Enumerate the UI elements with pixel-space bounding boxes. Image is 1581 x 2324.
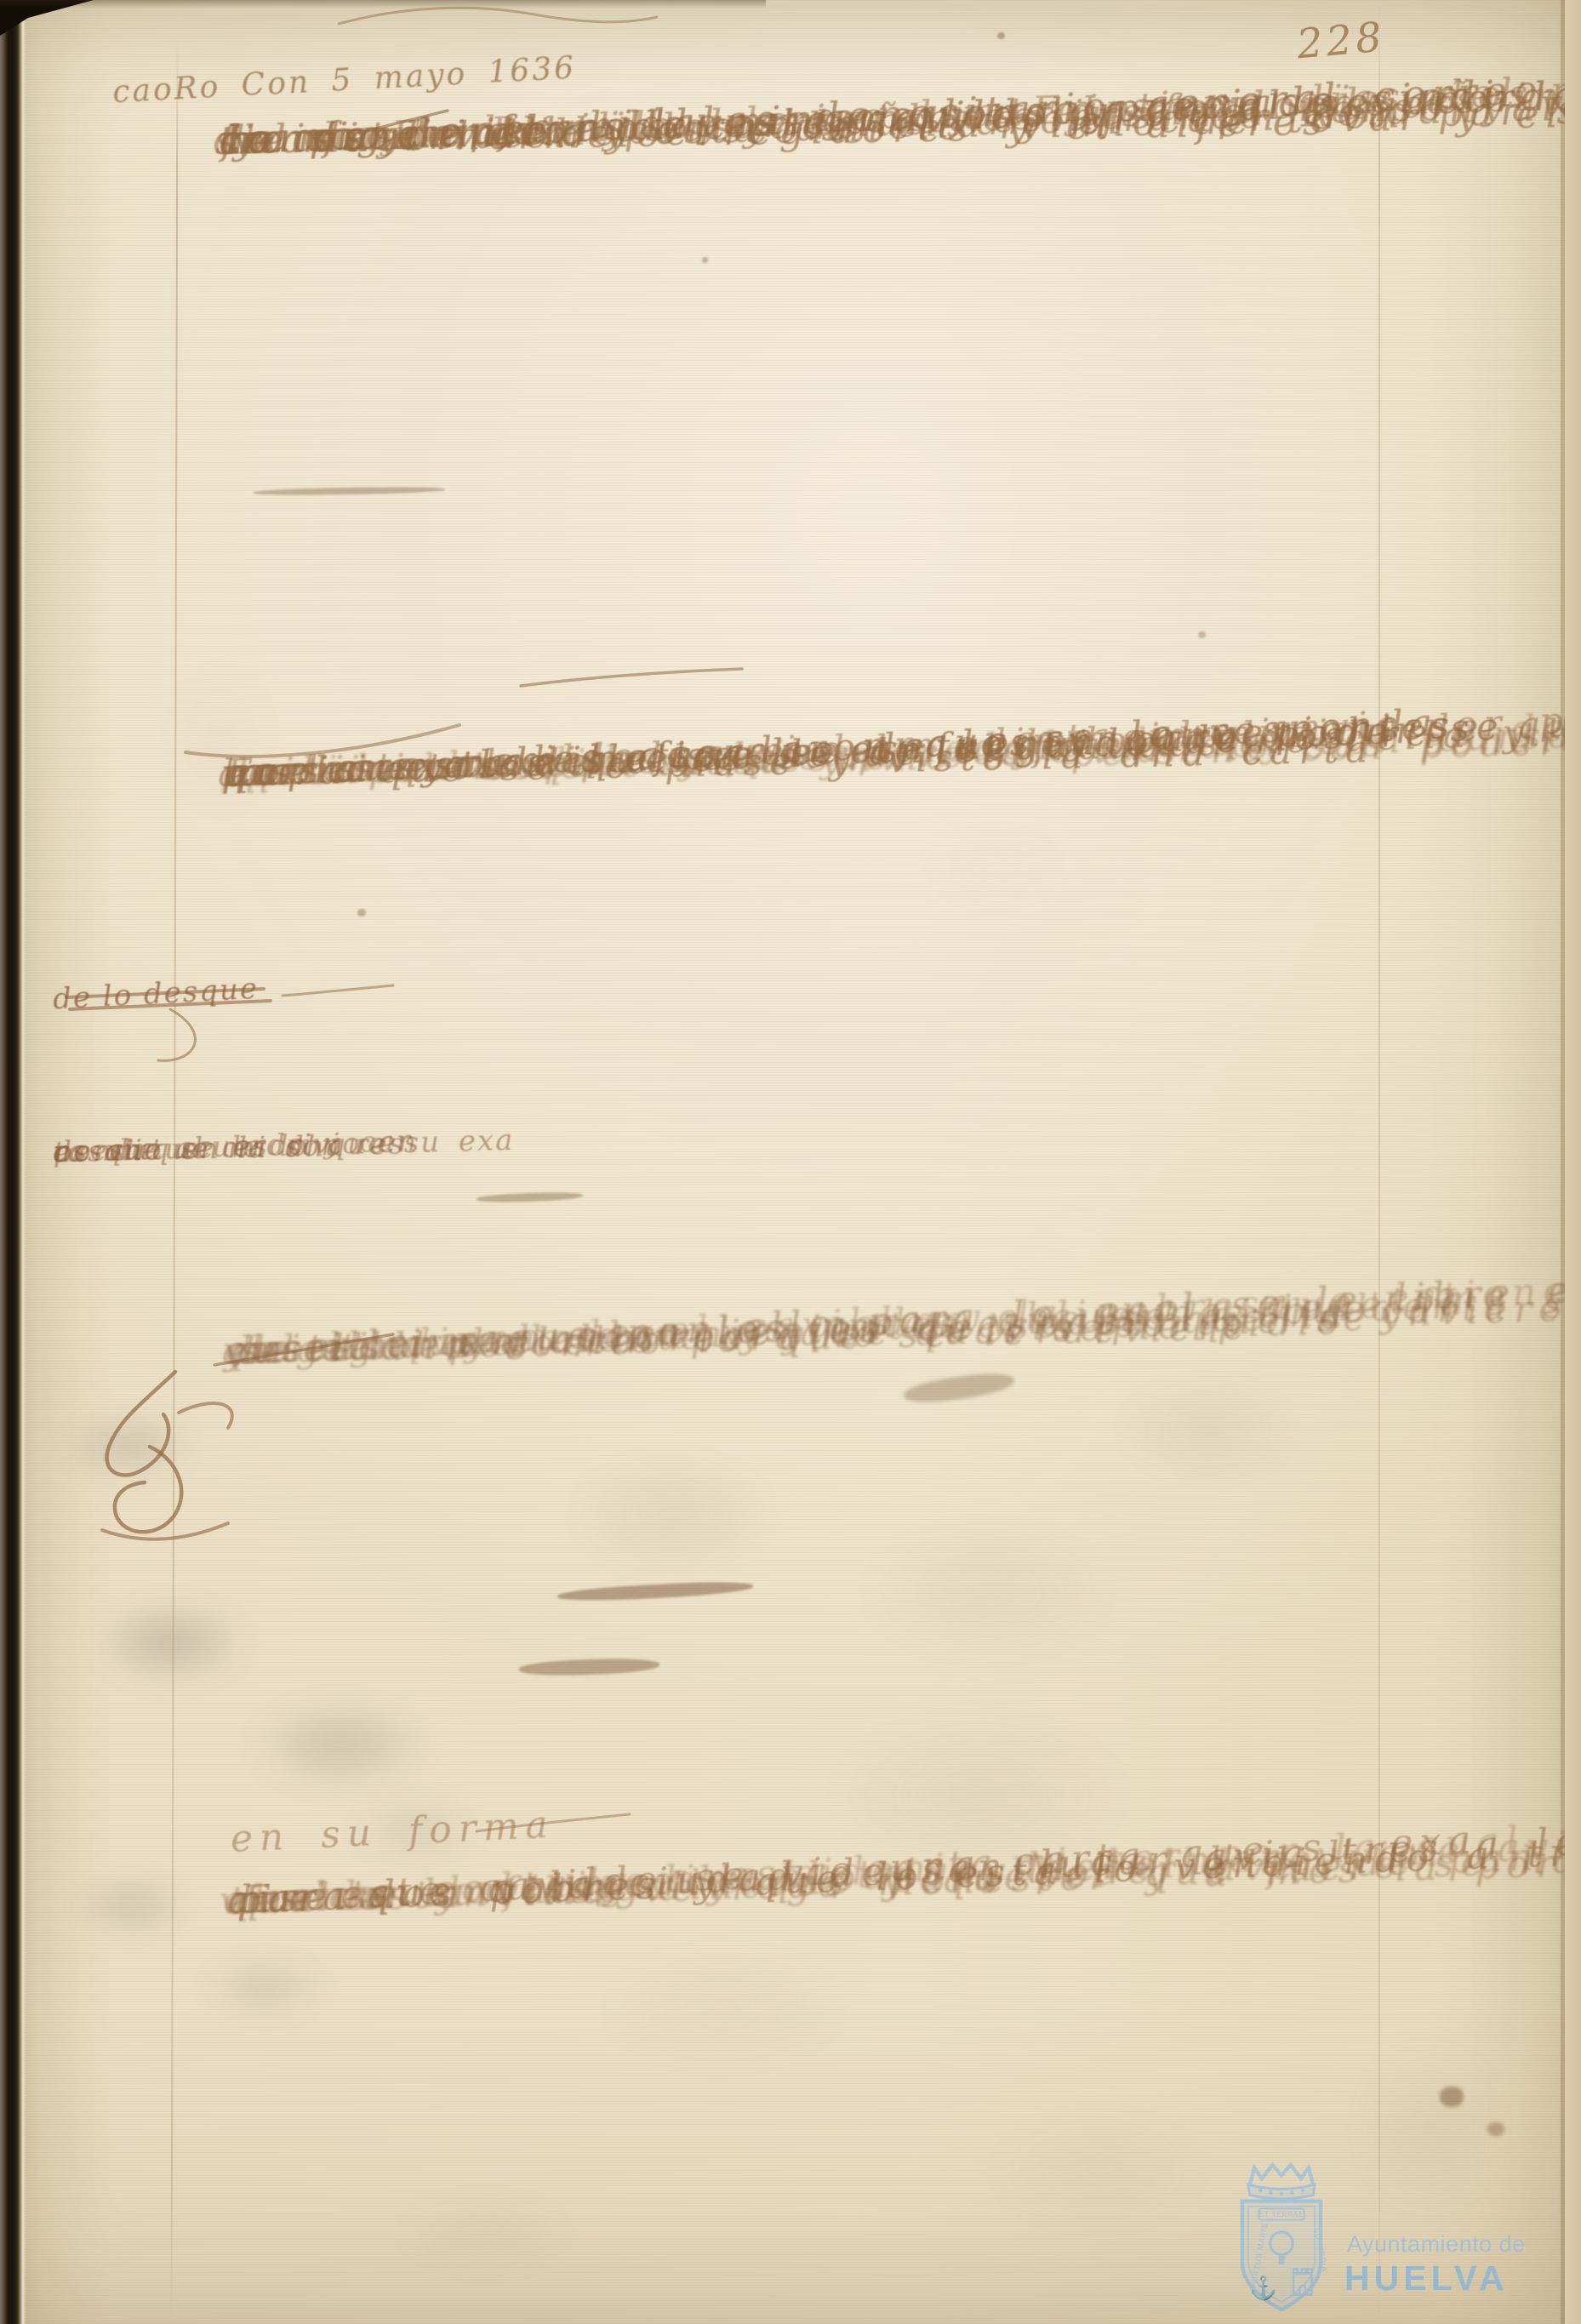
book-binding-edge <box>0 0 26 2324</box>
page-right-edge <box>1561 0 1565 2324</box>
page-vignette <box>0 0 1581 2324</box>
manuscript-scan: 228 caoRo Con 5 mayo 1636 En La villa de… <box>0 0 1581 2324</box>
fold-line-right <box>1378 0 1380 2324</box>
page-top-shadow <box>0 0 766 9</box>
page-right-margin-strip <box>1565 0 1581 2324</box>
